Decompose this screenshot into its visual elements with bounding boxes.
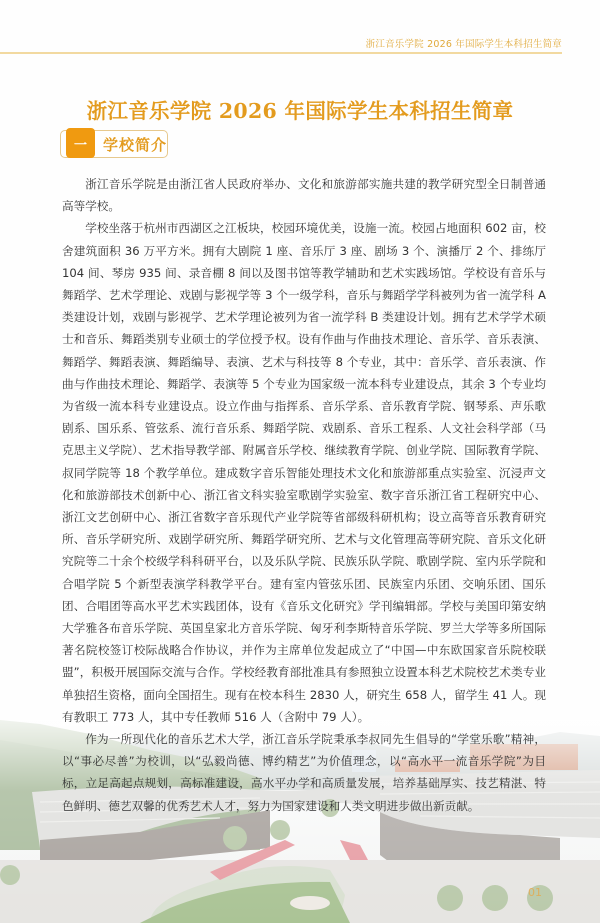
paragraph-intro: 浙江音乐学院是由浙江省人民政府举办、文化和旅游部实施共建的教学研究型全日制普通高… xyxy=(62,173,546,217)
running-head: 浙江音乐学院 2026 年国际学生本科招生简章 xyxy=(0,34,562,54)
section-header: 一 学校简介 xyxy=(60,130,168,158)
body-text: 浙江音乐学院是由浙江省人民政府举办、文化和旅游部实施共建的教学研究型全日制普通高… xyxy=(62,173,546,817)
page-title: 浙江音乐学院 2026 年国际学生本科招生简章 xyxy=(0,94,600,124)
page-number: 01 xyxy=(528,886,542,899)
section-label: 学校简介 xyxy=(103,134,167,155)
section-number-badge: 一 xyxy=(66,128,95,158)
paragraph-campus: 学校坐落于杭州市西湖区之江板块，校园环境优美，设施一流。校园占地面积 602 亩… xyxy=(62,217,546,728)
running-head-text: 浙江音乐学院 2026 年国际学生本科招生简章 xyxy=(366,36,562,50)
paragraph-mission: 作为一所现代化的音乐艺术大学，浙江音乐学院秉承李叔同先生倡导的“学堂乐歌”精神，… xyxy=(62,728,546,817)
